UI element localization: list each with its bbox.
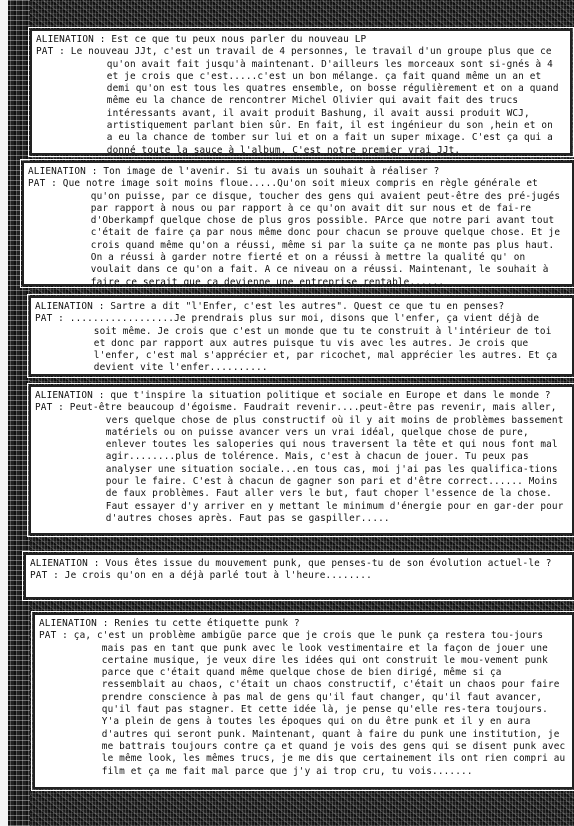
question-text: Renies tu cette étiquette punk ? [114,618,566,630]
separator: : [88,558,105,570]
interviewer-label: ALIENATION [39,618,97,630]
answer-text: Que notre image soit moins floue.....Qu'… [63,178,566,289]
question: ALIENATION : Sartre a dit "l'Enfer, c'es… [35,301,566,313]
interview-box-1: ALIENATION : Est ce que tu peux nous par… [30,29,572,155]
answer: PAT : ..................Je prendrais plu… [35,313,566,374]
answer: PAT : Que notre image soit moins floue..… [28,178,566,289]
separator: : [97,618,114,630]
interviewee-label: PAT [36,46,53,157]
interviewer-label: ALIENATION [28,166,86,178]
question-text: Vous êtes issue du mouvement punk, que p… [105,558,566,570]
question-text: Sartre a dit "l'Enfer, c'est les autres"… [110,301,566,313]
separator: : [53,46,70,157]
interview-box-2: ALIENATION : Ton image de l'avenir. Si t… [22,161,574,286]
page-left-border [8,0,30,826]
answer: PAT : Le nouveau JJt, c'est un travail d… [36,46,564,157]
separator: : [45,178,62,289]
interviewee-label: PAT [30,570,47,582]
question: ALIENATION : que t'inspire la situation … [35,390,566,402]
question: ALIENATION : Est ce que tu peux nous par… [36,34,564,46]
separator: : [93,390,110,402]
answer: PAT : Peut-être beaucoup d'égoisme. Faud… [35,402,566,525]
separator: : [56,630,73,778]
interviewee-label: PAT [28,178,45,289]
interview-box-4: ALIENATION : que t'inspire la situation … [29,385,574,535]
answer-text: Le nouveau JJt, c'est un travail de 4 pe… [71,46,564,157]
interview-box-6: ALIENATION : Renies tu cette étiquette p… [33,613,574,789]
answer-text: Je crois qu'on en a déjà parlé tout à l'… [65,570,566,582]
separator: : [93,301,110,313]
separator: : [86,166,103,178]
question: ALIENATION : Ton image de l'avenir. Si t… [28,166,566,178]
interviewee-label: PAT [35,313,52,374]
interviewer-label: ALIENATION [30,558,88,570]
separator: : [94,34,111,46]
question: ALIENATION : Vous êtes issue du mouvemen… [30,558,566,570]
question: ALIENATION : Renies tu cette étiquette p… [39,618,566,630]
interviewee-label: PAT [35,402,52,525]
separator: : [47,570,64,582]
answer-text: ..................Je prendrais plus sur … [70,313,566,374]
interview-box-5: ALIENATION : Vous êtes issue du mouvemen… [24,553,574,599]
interview-box-3: ALIENATION : Sartre a dit "l'Enfer, c'es… [29,296,574,376]
answer: PAT : Je crois qu'on en a déjà parlé tou… [30,570,566,582]
separator: : [52,402,69,525]
answer-text: ça, c'est un problème ambigüe parce que … [74,630,566,778]
answer-text: Peut-être beaucoup d'égoisme. Faudrait r… [70,402,566,525]
question-text: Est ce que tu peux nous parler du nouvea… [111,34,564,46]
interviewer-label: ALIENATION [35,301,93,313]
separator: : [52,313,69,374]
interviewer-label: ALIENATION [36,34,94,46]
answer: PAT : ça, c'est un problème ambigüe parc… [39,630,566,778]
question-text: Ton image de l'avenir. Si tu avais un so… [103,166,566,178]
interviewer-label: ALIENATION [35,390,93,402]
question-text: que t'inspire la situation politique et … [110,390,566,402]
interviewee-label: PAT [39,630,56,778]
